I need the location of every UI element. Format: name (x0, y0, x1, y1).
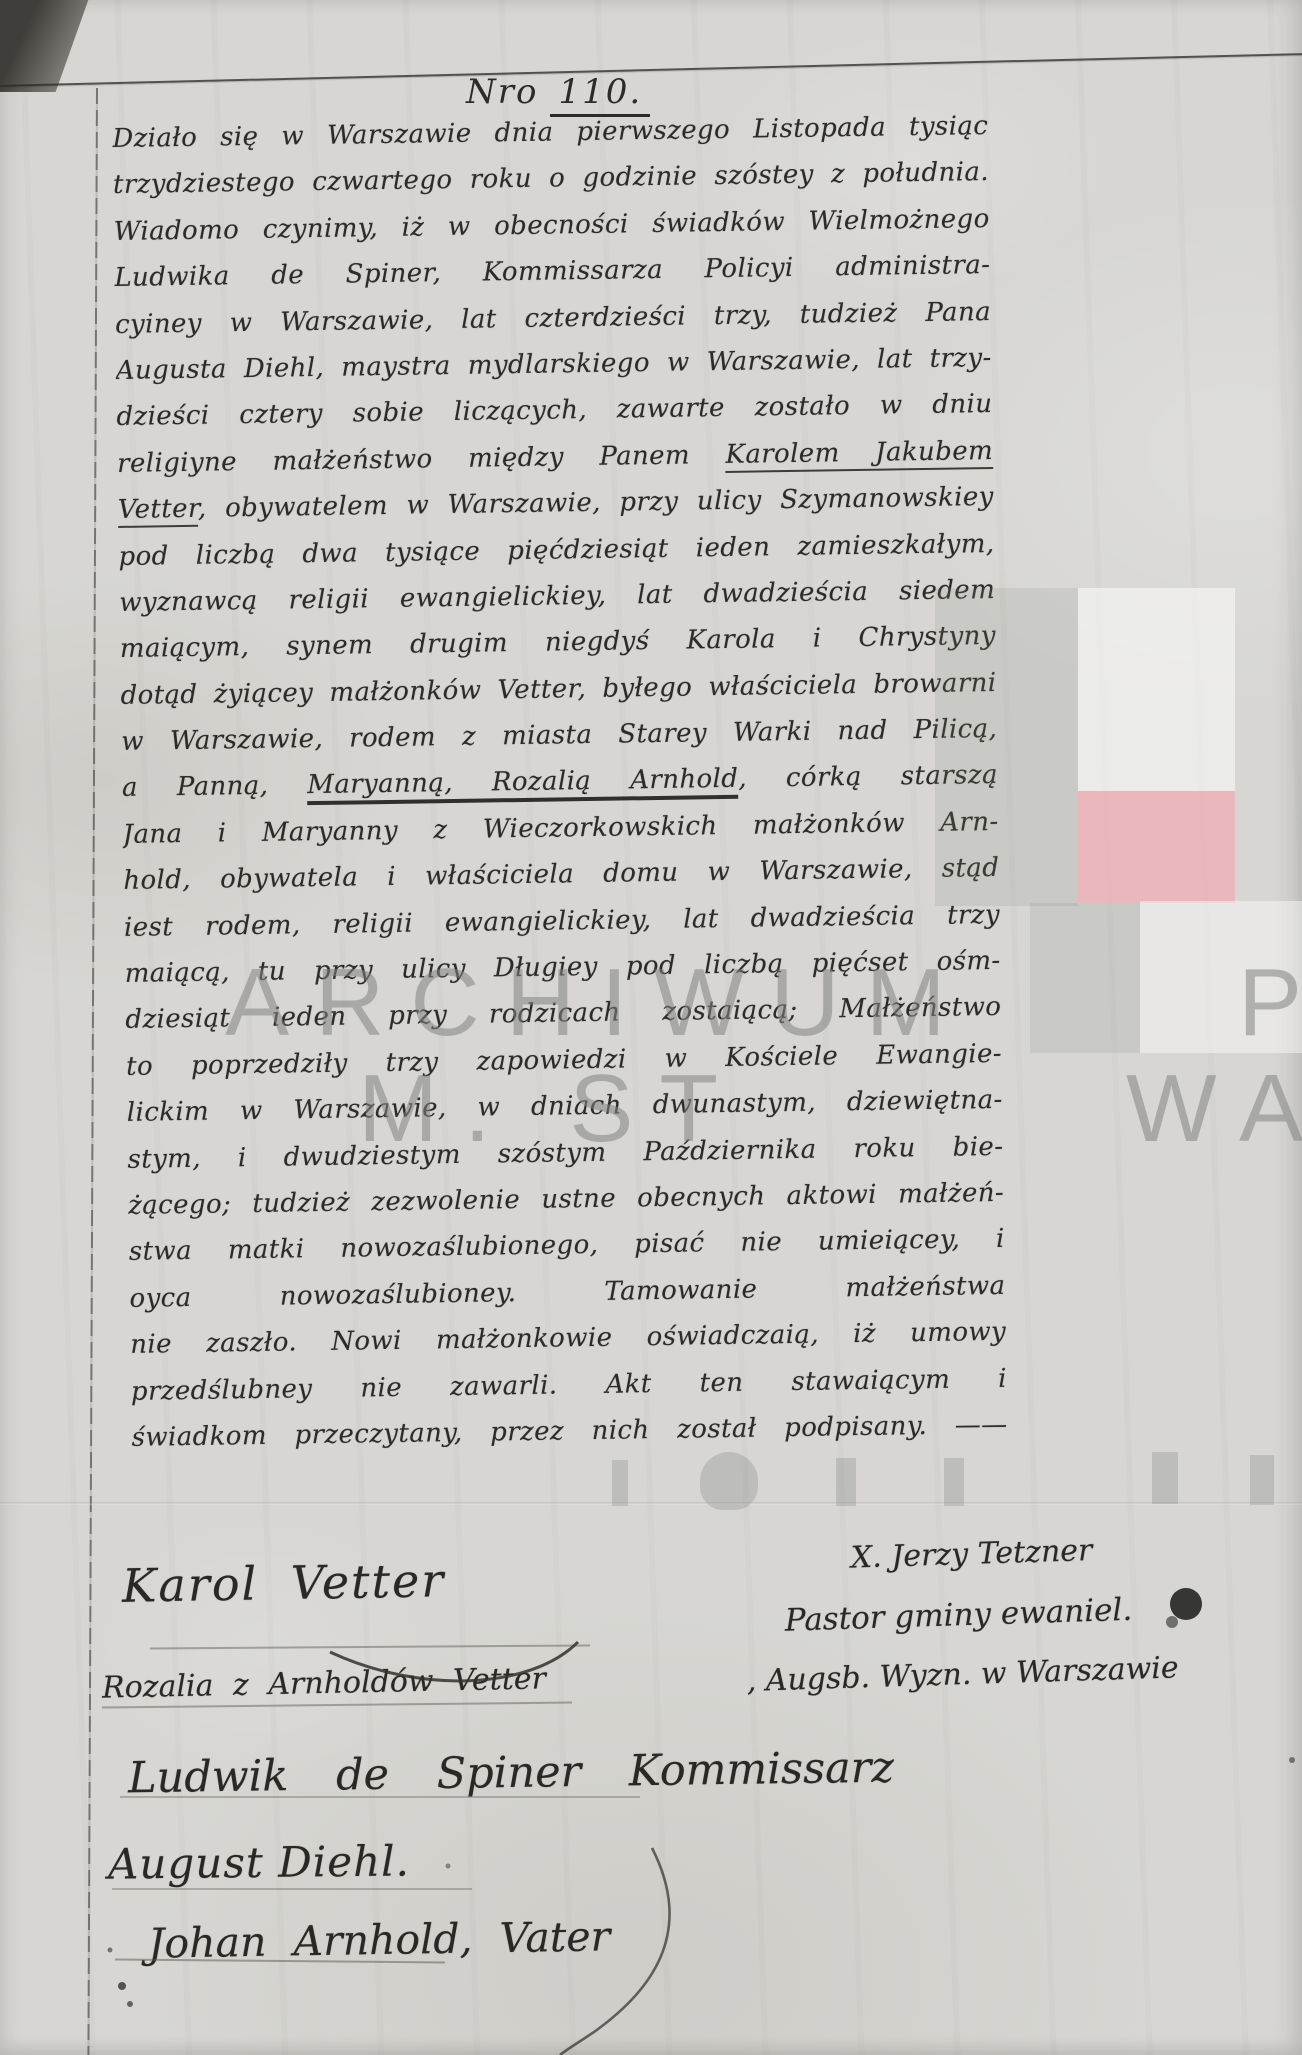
watermark-letter-fragment (836, 1458, 856, 1506)
line-text: w Warszawie, rodem z miasta Starey Warki… (121, 714, 997, 757)
watermark-letter-fragment (612, 1460, 628, 1506)
line-text: a Panną, (122, 771, 308, 804)
line-text: lickim w Warszawie, w dniach dwunastym, … (127, 1085, 1003, 1128)
line-text: to poprzedziły trzy zapowiedzi w Kościel… (126, 1039, 1002, 1082)
line-text: maiącym, synem drugim niegdyś Karola i C… (120, 621, 996, 664)
ink-speck (118, 1982, 126, 1990)
line-text: Jana i Maryanny z Wieczorkowskich małżon… (122, 807, 998, 850)
line-text: iest rodem, religii ewangielickiey, lat … (124, 900, 1000, 943)
signature-baseline (150, 1644, 590, 1649)
line-text: trzydziestego czwartego roku o godzinie … (113, 157, 989, 200)
ink-speck (446, 1864, 451, 1869)
line-text: , obywatelem w Warszawie, przy ulicy Szy… (198, 482, 994, 524)
line-text: przedślubney nie zawarli. Akt ten stawai… (131, 1363, 1007, 1406)
top-ruled-line (0, 53, 1302, 87)
archive-watermark-row1-cut: P (1238, 948, 1302, 1058)
line-text: żącego; tudzież zezwolenie ustne obecnyc… (128, 1178, 1004, 1221)
overlay-patch-pink (1078, 791, 1235, 903)
line-text: świadkom przeczytany, przez nich został … (131, 1410, 1007, 1453)
underlined-name: Karolem Jakubem (725, 436, 993, 473)
signature-witness-spiner: Ludwik de Spiner Kommissarz (128, 1743, 895, 1804)
ink-speck (1289, 1757, 1295, 1763)
archive-watermark-row2-right: WA (1126, 1054, 1302, 1164)
record-number-prefix: Nro (466, 72, 538, 112)
line-text: dziesiąt ieden przy rodzicach zostaiącą;… (125, 992, 1001, 1035)
signature-baseline (120, 1796, 640, 1798)
underlined-name: Vetter (118, 494, 199, 528)
line-text: cyiney w Warszawie, lat czterdzieści trz… (115, 297, 991, 340)
line-text: religiyne małżeństwo między Panem (117, 440, 726, 479)
overlay-patch-gray (1030, 903, 1140, 1053)
ink-speck (127, 2001, 133, 2007)
signature-witness-diehl: August Diehl. (108, 1836, 410, 1888)
scanned-marriage-record: Nro110. Działo się w Warszawie dnia pier… (0, 0, 1302, 2055)
line-text: , córką starszą (738, 760, 998, 794)
line-text: Ludwika de Spiner, Kommissarza Policyi a… (114, 250, 990, 293)
overlay-patch-white (1140, 901, 1302, 1053)
line-text: dotąd żyiącey małżonków Vetter, byłego w… (120, 668, 996, 711)
watermark-letter-fragment (1152, 1452, 1178, 1504)
line-text: hold, obywatela i właściciela domu w War… (123, 853, 999, 896)
overlay-patch-white (1078, 588, 1235, 791)
line-text: nie zaszło. Nowi małżonkowie oświadczaią… (130, 1317, 1006, 1360)
signature-groom: Karol Vetter (122, 1553, 446, 1613)
line-text: pod liczbą dwa tysiące pięćdziesiąt iede… (118, 528, 994, 571)
line-text: oyca nowozaślubioney. Tamowanie małżeńst… (129, 1271, 1005, 1314)
pastor-signature-block: X. Jerzy Tetzner Pastor gminy ewaniel. ,… (742, 1516, 1247, 1712)
ink-speck (108, 1948, 113, 1953)
watermark-letter-fragment (944, 1458, 964, 1506)
line-text: maiącą, tu przy ulicy Długiey pod liczbą… (125, 946, 1001, 989)
line-text: wyznawcą religii ewangielickiey, lat dwa… (119, 575, 995, 618)
horizontal-fold-crease (0, 1502, 1302, 1505)
line-text: stym, i dwudziestym szóstym Października… (127, 1131, 1003, 1174)
watermark-letter-fragment (1250, 1455, 1274, 1505)
signature-bride: Rozalia z Arnholdów Vetter (102, 1661, 547, 1705)
record-number-heading: Nro110. (466, 72, 650, 112)
line-text: stwa matki nowozaślubionego, pisać nie u… (129, 1224, 1005, 1267)
signature-baseline (112, 1888, 472, 1890)
underlined-name: Maryanną, Rozalią Arnhold (307, 764, 739, 805)
act-body: Działo się w Warszawie dnia pierwszego L… (112, 103, 1008, 1461)
line-text: Augusta Diehl, maystra mydlarskiego w Wa… (116, 343, 992, 386)
scan-corner-shadow (0, 0, 96, 92)
left-margin-line (87, 88, 98, 2055)
line-text: Wiadomo czynimy, iż w obecności świadków… (113, 204, 989, 247)
